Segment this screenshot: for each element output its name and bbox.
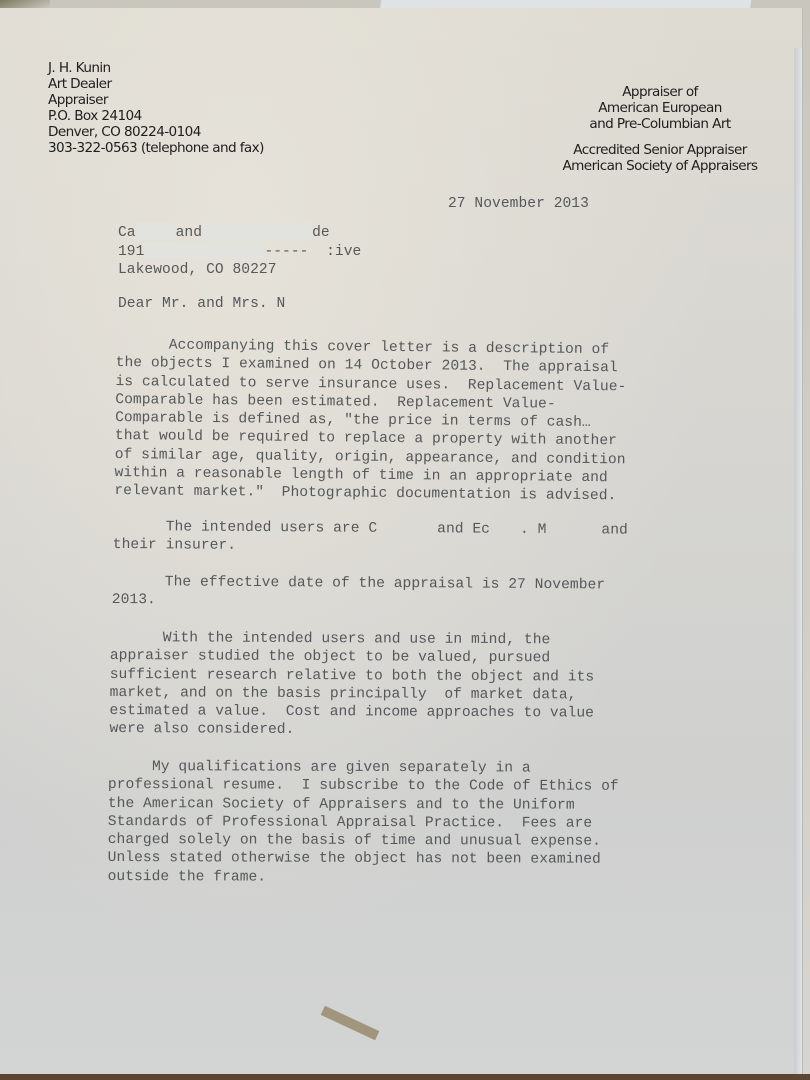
- letter-page: J. H. Kunin Art Dealer Appraiser P.O. Bo…: [0, 8, 803, 1074]
- sender-phone: 303-322-0563 (telephone and fax): [48, 140, 264, 156]
- redaction: [136, 223, 176, 240]
- letterhead-sender: J. H. Kunin Art Dealer Appraiser P.O. Bo…: [48, 60, 264, 156]
- sender-name: J. H. Kunin: [48, 60, 264, 76]
- redaction: [144, 242, 264, 259]
- recipient-address: Caandde 191----- :ive Lakewood, CO 80227: [118, 223, 361, 279]
- accreditation-line-1: Accredited Senior Appraiser: [540, 142, 780, 158]
- paragraph-methodology: With the intended users and use in mind,…: [109, 629, 594, 741]
- specialty-line-1: Appraiser of: [540, 84, 780, 100]
- address-line-2: 191----- :ive: [118, 244, 361, 260]
- sender-city: Denver, CO 80224-0104: [48, 124, 264, 140]
- accreditation-line-2: American Society of Appraisers: [540, 158, 780, 174]
- redaction: [546, 520, 601, 537]
- address-line-3: Lakewood, CO 80227: [118, 262, 277, 278]
- page-edge: [794, 48, 802, 1080]
- sender-po-box: P.O. Box 24104: [48, 108, 264, 124]
- paragraph-qualifications: My qualifications are given separately i…: [108, 758, 619, 888]
- salutation: Dear Mr. and Mrs. N: [118, 296, 285, 312]
- paper-stain: [321, 1006, 380, 1040]
- redaction: [202, 223, 312, 240]
- sender-title-dealer: Art Dealer: [48, 76, 264, 92]
- paragraph-description: Accompanying this cover letter is a desc…: [114, 336, 627, 506]
- specialty-line-3: and Pre-Columbian Art: [540, 116, 780, 132]
- sender-title-appraiser: Appraiser: [48, 92, 264, 108]
- redaction: [490, 520, 520, 537]
- letterhead-credentials: Appraiser of American European and Pre-C…: [540, 84, 780, 174]
- desk-edge: [0, 1074, 810, 1080]
- address-line-1: Caandde: [118, 225, 330, 241]
- paragraph-intended-users: The intended users are Cand Ec. Mandthei…: [113, 517, 628, 558]
- specialty-line-2: American European: [540, 100, 780, 116]
- paragraph-effective-date: The effective date of the appraisal is 2…: [112, 573, 605, 613]
- letter-date: 27 November 2013: [448, 196, 589, 212]
- redaction: [377, 519, 437, 536]
